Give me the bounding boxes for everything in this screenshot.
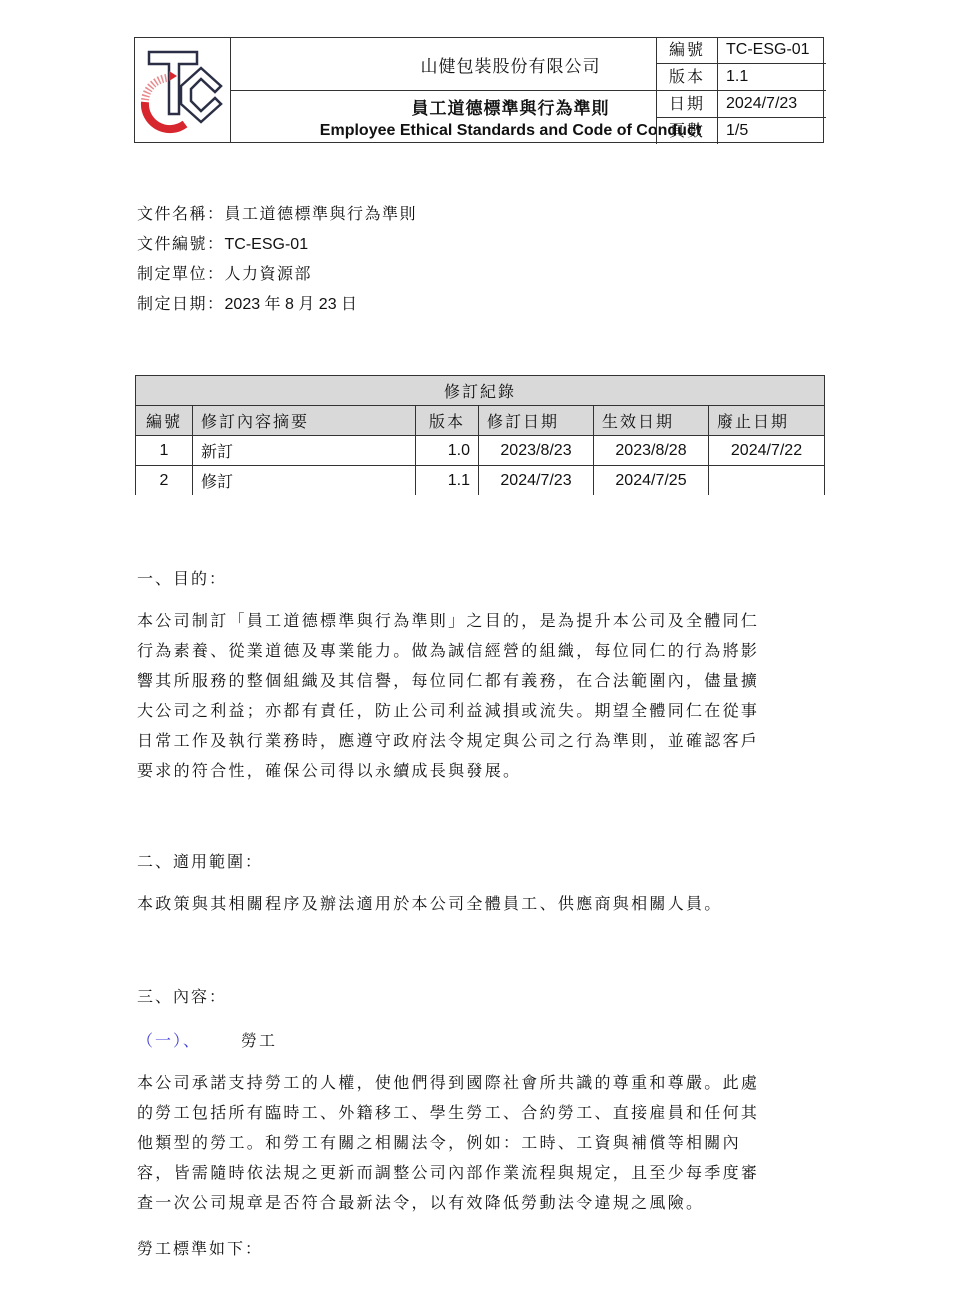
cell: 2	[136, 466, 193, 496]
text-line: 響其所服務的整個組織及其信譽，每位同仁都有義務，在合法範圍內，儘量擴	[137, 666, 817, 696]
section-heading-content: 三、內容：	[137, 984, 227, 1007]
label: 文件編號：	[137, 234, 225, 253]
meta-label: 頁數	[657, 118, 718, 144]
column-header: 廢止日期	[709, 406, 825, 436]
doc-info-date: 制定日期：2023 年 8 月 23 日	[137, 291, 357, 314]
column-header: 編號	[136, 406, 193, 436]
section-body-scope: 本政策與其相關程序及辦法適用於本公司全體員工、供應商與相關人員。	[137, 889, 817, 919]
text-line: 容，皆需隨時依法規之更新而調整公司內部作業流程與規定，且至少每季度審	[137, 1158, 817, 1188]
cell: 2024/7/25	[594, 466, 709, 496]
label: 制定單位：	[137, 264, 225, 283]
tc-logo-icon	[135, 38, 230, 142]
company-logo	[135, 38, 231, 142]
value: 員工道德標準與行為準則	[225, 204, 418, 223]
value: 人力資源部	[225, 264, 313, 283]
revision-table-header: 編號 修訂內容摘要 版本 修訂日期 生效日期 廢止日期	[136, 406, 825, 436]
text-line: 要求的符合性，確保公司得以永續成長與發展。	[137, 756, 817, 786]
revision-table: 修訂紀錄 編號 修訂內容摘要 版本 修訂日期 生效日期 廢止日期 1 新訂 1.…	[135, 375, 825, 495]
label: 文件名稱：	[137, 204, 225, 223]
title-zh: 員工道德標準與行為準則	[412, 94, 610, 119]
text-line: 行為素養、從業道德及專業能力。做為誠信經營的組織，每位同仁的行為將影	[137, 636, 817, 666]
cell: 1	[136, 436, 193, 466]
cell: 2024/7/23	[479, 466, 594, 496]
doc-info-code: 文件編號：TC-ESG-01	[137, 231, 308, 254]
meta-label: 日期	[657, 91, 718, 117]
text-line: 的勞工包括所有臨時工、外籍移工、學生勞工、合約勞工、直接雇員和任何其	[137, 1098, 817, 1128]
value: TC-ESG-01	[225, 236, 309, 253]
meta-row-code: 編號 TC-ESG-01	[656, 37, 826, 64]
meta-label: 編號	[657, 37, 718, 63]
text-line: 他類型的勞工。和勞工有關之相關法令，例如：工時、工資與補償等相關內	[137, 1128, 817, 1158]
meta-row-date: 日期 2024/7/23	[656, 91, 826, 118]
column-header: 修訂內容摘要	[193, 406, 416, 436]
label: 制定日期：	[137, 294, 225, 313]
text-line: 本公司承諾支持勞工的人權，使他們得到國際社會所共識的尊重和尊嚴。此處	[137, 1068, 817, 1098]
table-row: 2 修訂 1.1 2024/7/23 2024/7/25	[136, 466, 825, 496]
column-header: 版本	[416, 406, 479, 436]
meta-value: TC-ESG-01	[718, 37, 810, 63]
cell: 1.0	[416, 436, 479, 466]
subsection-number: （一）、	[137, 1031, 201, 1050]
text-line: 大公司之利益；亦都有責任，防止公司利益減損或流失。期望全體同仁在從事	[137, 696, 817, 726]
revision-table-caption: 修訂紀錄	[136, 376, 825, 406]
section-body-purpose: 本公司制訂「員工道德標準與行為準則」之目的，是為提升本公司及全體同仁 行為素養、…	[137, 606, 817, 786]
cell: 修訂	[193, 466, 416, 496]
document-meta: 編號 TC-ESG-01 版本 1.1 日期 2024/7/23 頁數 1/5	[656, 37, 825, 143]
cell: 新訂	[193, 436, 416, 466]
value: 2023 年 8 月 23 日	[225, 296, 358, 313]
meta-label: 版本	[657, 64, 718, 90]
column-header: 生效日期	[594, 406, 709, 436]
cell: 1.1	[416, 466, 479, 496]
meta-row-version: 版本 1.1	[656, 64, 826, 91]
labor-standards-intro: 勞工標準如下：	[137, 1236, 263, 1259]
section-heading-purpose: 一、目的：	[137, 566, 227, 589]
text-line: 本公司制訂「員工道德標準與行為準則」之目的，是為提升本公司及全體同仁	[137, 606, 817, 636]
column-header: 修訂日期	[479, 406, 594, 436]
subsection-title: 勞工	[241, 1031, 277, 1050]
text-line: 日常工作及執行業務時，應遵守政府法令規定與公司之行為準則，並確認客戶	[137, 726, 817, 756]
meta-value: 1/5	[718, 118, 748, 144]
meta-value: 1.1	[718, 64, 748, 90]
cell	[709, 466, 825, 496]
meta-value: 2024/7/23	[718, 91, 797, 117]
cell: 2024/7/22	[709, 436, 825, 466]
section-heading-scope: 二、適用範圍：	[137, 849, 263, 872]
cell: 2023/8/23	[479, 436, 594, 466]
title-en: Employee Ethical Standards and Code of C…	[320, 122, 701, 140]
cell: 2023/8/28	[594, 436, 709, 466]
document-header: 山健包裝股份有限公司 員工道德標準與行為準則 Employee Ethical …	[134, 37, 824, 143]
table-row: 1 新訂 1.0 2023/8/23 2023/8/28 2024/7/22	[136, 436, 825, 466]
doc-info-name: 文件名稱：員工道德標準與行為準則	[137, 201, 417, 224]
subsection-heading-labor: （一）、勞工	[137, 1028, 277, 1051]
text-line: 查一次公司規章是否符合最新法令，以有效降低勞動法令違規之風險。	[137, 1188, 817, 1218]
doc-info-unit: 制定單位：人力資源部	[137, 261, 312, 284]
section-body-labor: 本公司承諾支持勞工的人權，使他們得到國際社會所共識的尊重和尊嚴。此處 的勞工包括…	[137, 1068, 817, 1218]
meta-row-pages: 頁數 1/5	[656, 118, 826, 144]
